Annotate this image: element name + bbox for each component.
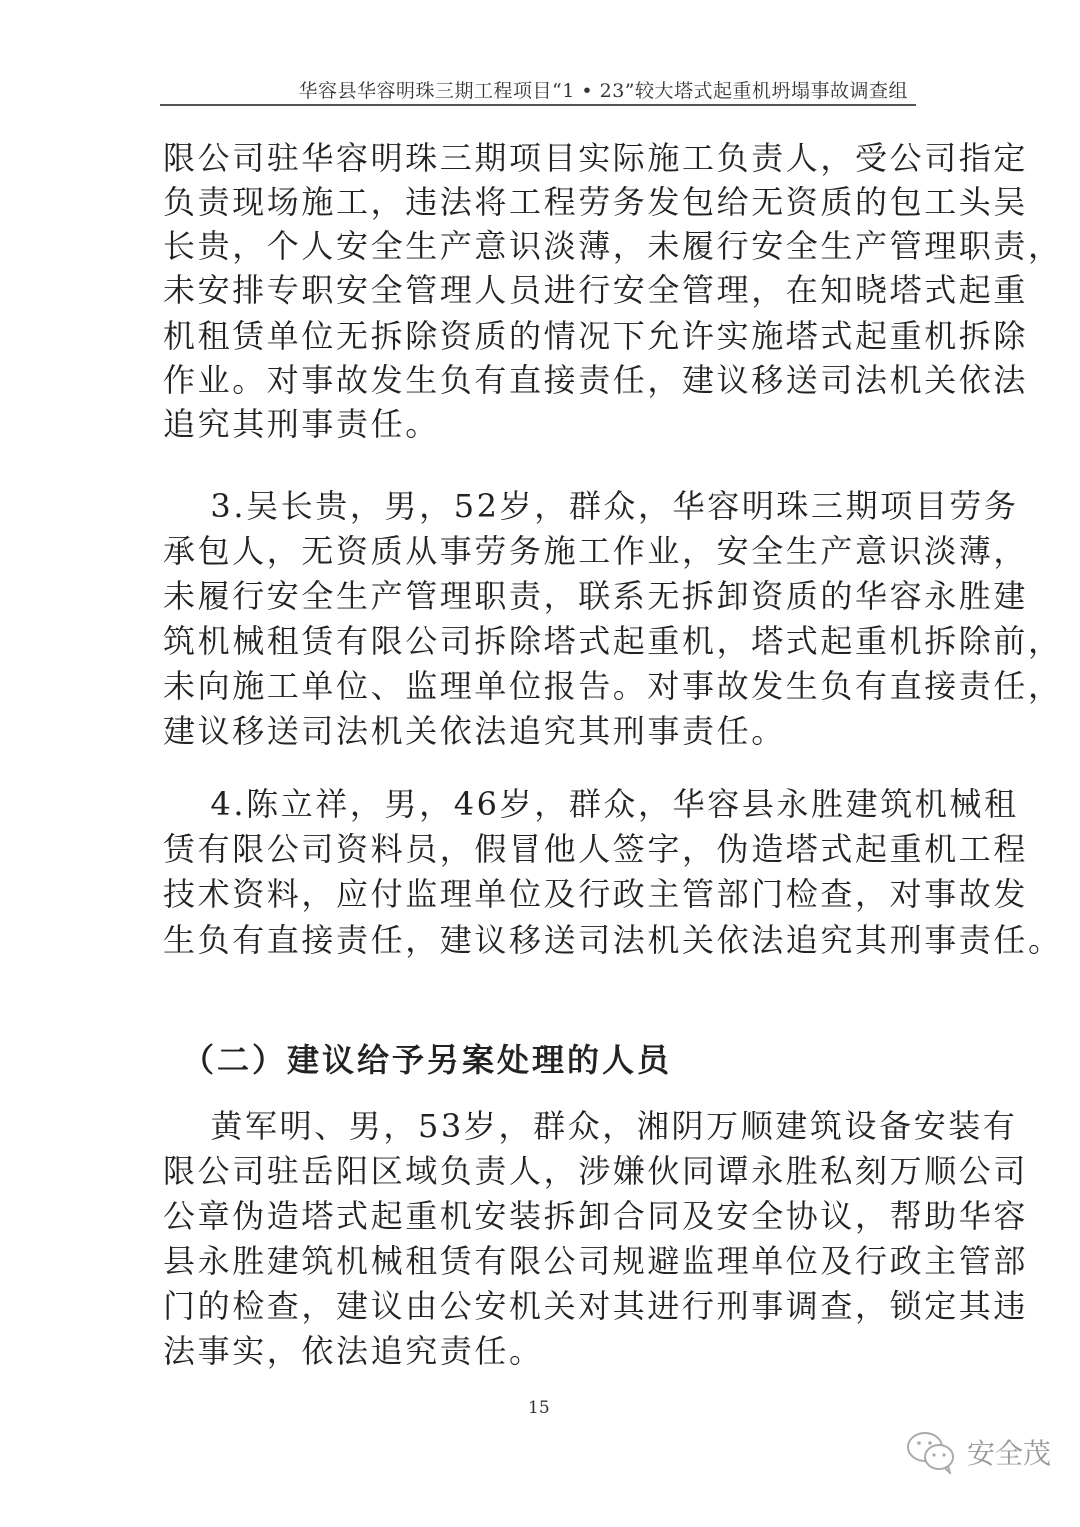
paragraph-line: 筑机械租赁有限公司拆除塔式起重机，塔式起重机拆除前， — [163, 621, 1063, 661]
paragraph-line: 长贵，个人安全生产意识淡薄，未履行安全生产管理职责， — [163, 226, 1063, 266]
paragraph-line: 技术资料，应付监理单位及行政主管部门检查，对事故发 — [163, 874, 1028, 914]
header-title: 华容县华容明珠三期工程项目“1 • 23”较大塔式起重机坍塌事故调查组 — [299, 76, 908, 103]
paragraph-line: 未安排专职安全管理人员进行安全管理，在知晓塔式起重 — [163, 270, 1028, 310]
wechat-icon — [905, 1430, 961, 1474]
paragraph-line: 公章伪造塔式起重机安装拆卸合同及安全协议，帮助华容 — [163, 1196, 1028, 1236]
paragraph-line: 追究其刑事责任。 — [163, 404, 440, 444]
paragraph-line: 限公司驻华容明珠三期项目实际施工负责人，受公司指定 — [163, 138, 1028, 178]
paragraph-line: 法事实，依法追究责任。 — [163, 1331, 544, 1371]
paragraph-line: 生负有直接责任，建议移送司法机关依法追究其刑事责任。 — [163, 920, 1063, 960]
paragraph-line: 县永胜建筑机械租赁有限公司规避监理单位及行政主管部 — [163, 1241, 1028, 1281]
paragraph-line: 4.陈立祥，男，46岁，群众，华容县永胜建筑机械租 — [163, 784, 1019, 824]
paragraph-line: 承包人，无资质从事劳务施工作业，安全生产意识淡薄， — [163, 531, 1028, 571]
paragraph-line: 机租赁单位无拆除资质的情况下允许实施塔式起重机拆除 — [163, 316, 1028, 356]
paragraph-line: 负责现场施工，违法将工程劳务发包给无资质的包工头吴 — [163, 182, 1028, 222]
running-header: 华容县华容明珠三期工程项目“1 • 23”较大塔式起重机坍塌事故调查组 — [160, 74, 916, 106]
section-heading: （二）建议给予另案处理的人员 — [163, 1040, 672, 1080]
paragraph-line: 限公司驻岳阳区域负责人，涉嫌伙同谭永胜私刻万顺公司 — [163, 1151, 1028, 1191]
paragraph-line: 建议移送司法机关依法追究其刑事责任。 — [163, 711, 786, 751]
paragraph-line: 作业。对事故发生负有直接责任，建议移送司法机关依法 — [163, 360, 1028, 400]
paragraph-line: 赁有限公司资料员，假冒他人签字，伪造塔式起重机工程 — [163, 829, 1028, 869]
paragraph-line: 门的检查，建议由公安机关对其进行刑事调查，锁定其违 — [163, 1286, 1028, 1326]
watermark-label: 安全茂 — [967, 1432, 1051, 1472]
paragraph-line: 3.吴长贵，男，52岁，群众，华容明珠三期项目劳务 — [163, 486, 1019, 526]
watermark: 安全茂 — [905, 1430, 1051, 1474]
paragraph-line: 未履行安全生产管理职责，联系无拆卸资质的华容永胜建 — [163, 576, 1028, 616]
paragraph-line: 未向施工单位、监理单位报告。对事故发生负有直接责任， — [163, 666, 1063, 706]
paragraph-line: 黄军明、男，53岁，群众，湘阴万顺建筑设备安装有 — [163, 1106, 1018, 1146]
page-number: 15 — [528, 1398, 550, 1418]
